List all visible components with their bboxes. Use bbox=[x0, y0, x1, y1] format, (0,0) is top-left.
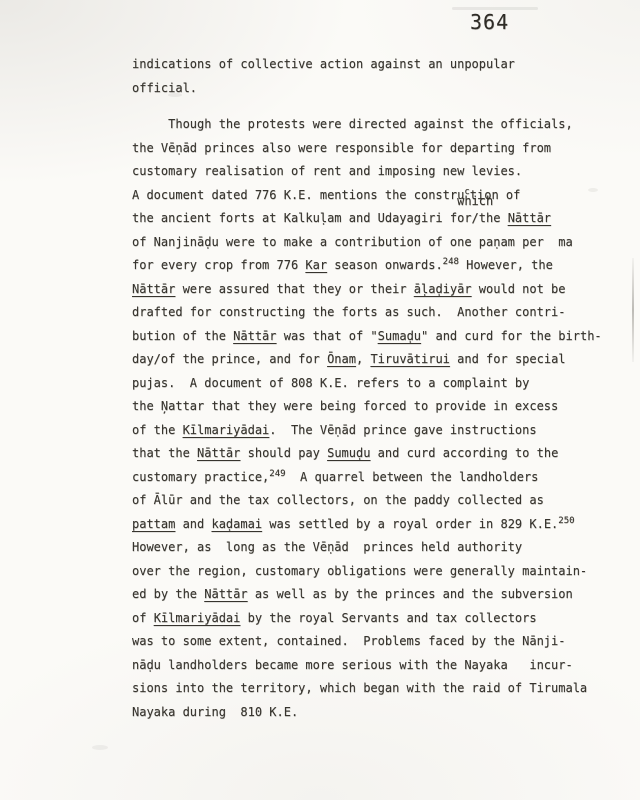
text-line: official. bbox=[132, 77, 622, 101]
underlined-term: pattam bbox=[132, 517, 175, 531]
text-line: was to some extent, contained. Problems … bbox=[132, 630, 622, 654]
underlined-term: Nāttār bbox=[233, 329, 276, 343]
underlined-term: Nāttār bbox=[197, 446, 240, 460]
text-line: Nāttār were assured that they or their ā… bbox=[132, 278, 622, 302]
underlined-term: āḷaḍiyār bbox=[414, 282, 472, 296]
text-line: that the Nāttār should pay Sumuḍu and cu… bbox=[132, 442, 622, 466]
underlined-term: Kīlmariyādai bbox=[183, 423, 270, 437]
text-line: drafted for constructing the forts as su… bbox=[132, 301, 622, 325]
underlined-term: Kar bbox=[305, 258, 327, 272]
text-line: bution of the Nāttār was that of "Sumaḍu… bbox=[132, 325, 622, 349]
text-line: indications of collective action against… bbox=[132, 53, 622, 77]
underlined-term: Nāttār bbox=[132, 282, 175, 296]
text-line: over the region, customary obligations w… bbox=[132, 560, 622, 584]
text-line: the Ņattar that they were being forced t… bbox=[132, 395, 622, 419]
text-line: the ancient forts at Kalkuḷam and Udayag… bbox=[132, 207, 622, 231]
text-line: However, as long as the Vēṇād princes he… bbox=[132, 536, 622, 560]
page-number: 364 bbox=[470, 10, 509, 34]
paragraph: Though the protests were directed agains… bbox=[132, 113, 622, 724]
footnote-ref: 250 bbox=[558, 516, 574, 526]
text-line: nāḍu landholders became more serious wit… bbox=[132, 654, 622, 678]
text-line: sions into the territory, which began wi… bbox=[132, 677, 622, 701]
text-line: pattam and kaḍamai was settled by a roya… bbox=[132, 513, 622, 537]
text-line: Though the protests were directed agains… bbox=[132, 113, 622, 137]
text-line: customary realisation of rent and imposi… bbox=[132, 160, 622, 184]
underlined-term: Kīlmariyādai bbox=[154, 611, 241, 625]
inserted-word: which bbox=[457, 195, 493, 207]
text-line: day/of the prince, and for Ōnam, Tiruvāt… bbox=[132, 348, 622, 372]
underlined-term: kaḍamai bbox=[211, 517, 262, 531]
document-page: 364 indications of collective action aga… bbox=[0, 0, 640, 800]
text-line: for every crop from 776 Kar season onwar… bbox=[132, 254, 622, 278]
text-line: ed by the Nāttār as well as by the princ… bbox=[132, 583, 622, 607]
footnote-ref: 248 bbox=[443, 257, 459, 267]
underlined-term: Nāttār bbox=[508, 211, 551, 225]
underlined-term: Nāttār bbox=[204, 587, 247, 601]
text-line: the Vēṇād princes also were responsible … bbox=[132, 137, 622, 161]
scan-artifact-line bbox=[632, 258, 634, 362]
text-line: pujas. A document of 808 K.E. refers to … bbox=[132, 372, 622, 396]
text-line: of Nanjināḍu were to make a contribution… bbox=[132, 231, 622, 255]
underlined-term: Ōnam bbox=[327, 352, 356, 366]
text-line: customary practice,249 A quarrel between… bbox=[132, 466, 622, 490]
underlined-term: Sumuḍu bbox=[327, 446, 370, 460]
underlined-term: Tiruvātirui bbox=[370, 352, 449, 366]
text-line: Nayaka during 810 K.E. bbox=[132, 701, 622, 725]
text-line: of the Kīlmariyādai. The Vēṇād prince ga… bbox=[132, 419, 622, 443]
text-line: A document dated 776 K.E. mentions the c… bbox=[132, 184, 622, 208]
text-line: of Ālūr and the tax collectors, on the p… bbox=[132, 489, 622, 513]
underlined-term: Sumaḍu bbox=[378, 329, 421, 343]
footnote-ref: 249 bbox=[269, 469, 285, 479]
text-line: of Kīlmariyādai by the royal Servants an… bbox=[132, 607, 622, 631]
paragraph: indications of collective action against… bbox=[132, 53, 622, 100]
text-block: indications of collective action against… bbox=[132, 53, 622, 724]
scan-artifact-smudge bbox=[92, 745, 108, 750]
